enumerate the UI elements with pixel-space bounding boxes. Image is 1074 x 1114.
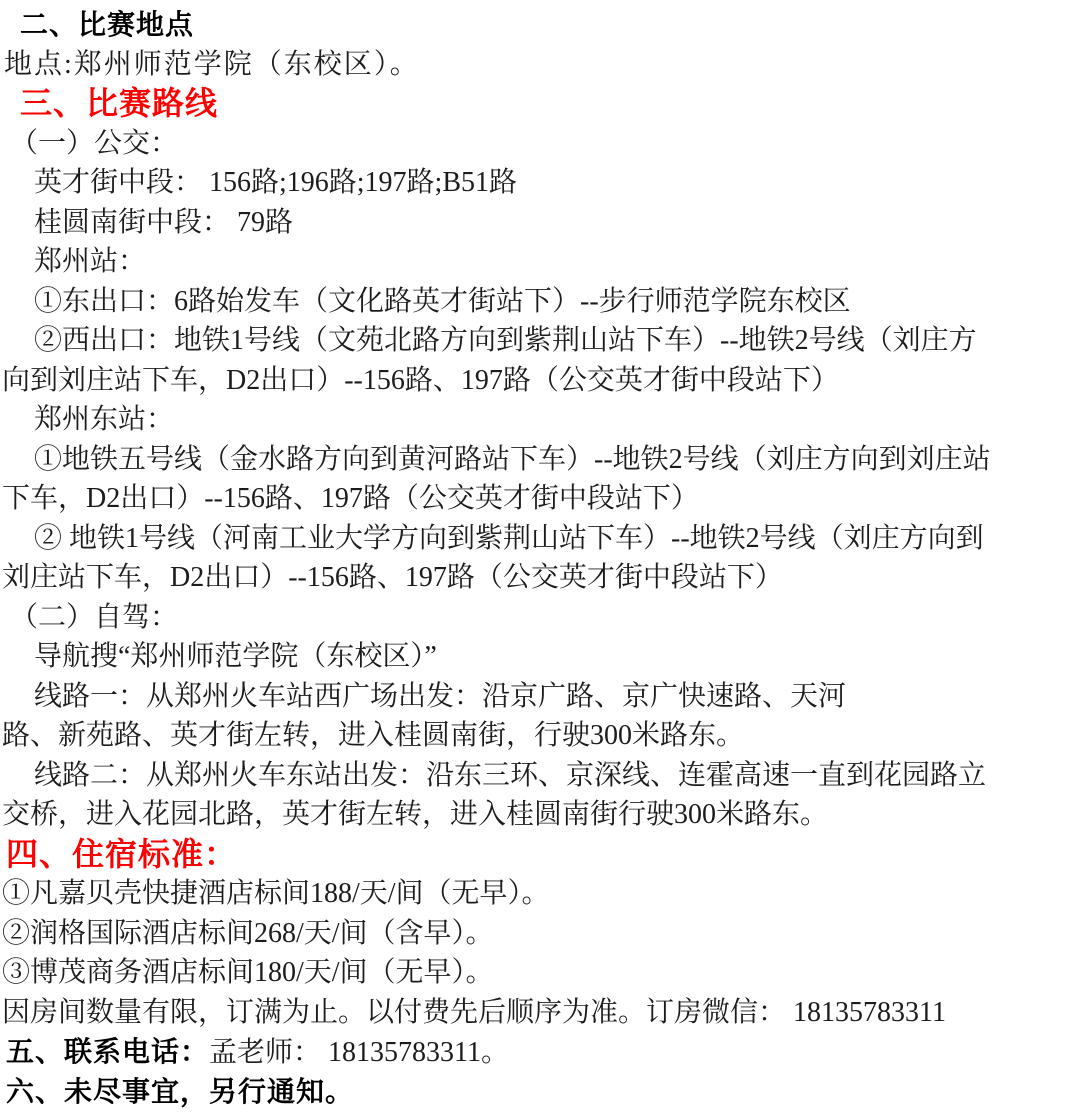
bus-line: 下车，D2出口）--156路、197路（公交英才街中段站下） [0,479,1074,519]
hotel-line: ③博茂商务酒店标间180/天/间（无早）。 [0,953,1074,993]
heading-venue: 二、比赛地点 [0,5,1074,45]
drive-line: 路、新苑路、英才街左转，进入桂圆南街，行驶300米路东。 [0,716,1074,756]
bus-line: ①地铁五号线（金水路方向到黄河路站下车）--地铁2号线（刘庄方向到刘庄站 [0,440,1074,480]
bus-line: 郑州东站： [0,400,1074,440]
bus-line: 刘庄站下车，D2出口）--156路、197路（公交英才街中段站下） [0,558,1074,598]
drive-line: 线路二：从郑州火车东站出发：沿东三环、京深线、连霍高速一直到花园路立 [0,756,1074,796]
contact-heading: 五、联系电话： [6,1036,209,1067]
booking-note: 因房间数量有限，订满为止。以付费先后顺序为准。订房微信： 18135783311 [0,993,1074,1033]
heading-route: 三、比赛路线 [0,84,1074,124]
hotel-line: ①凡嘉贝壳快捷酒店标间188/天/间（无早）。 [0,874,1074,914]
contact-line: 五、联系电话：孟老师： 18135783311。 [0,1032,1074,1072]
drive-subheading: （二）自驾： [0,598,1074,638]
heading-accommodation: 四、住宿标准： [0,835,1074,875]
bus-line: 桂圆南街中段： 79路 [0,203,1074,243]
bus-line: 向到刘庄站下车，D2出口）--156路、197路（公交英才街中段站下） [0,361,1074,401]
bus-line: ①东出口：6路始发车（文化路英才街站下）--步行师范学院东校区 [0,282,1074,322]
drive-line: 交桥，进入花园北路，英才街左转，进入桂圆南街行驶300米路东。 [0,795,1074,835]
bus-line: 英才街中段： 156路;196路;197路;B51路 [0,163,1074,203]
contact-detail: 孟老师： 18135783311。 [209,1037,509,1068]
document-page: 二、比赛地点 地点:郑州师范学院（东校区）。 三、比赛路线 （一）公交： 英才街… [0,0,1074,1114]
bus-line: ②西出口：地铁1号线（文苑北路方向到紫荆山站下车）--地铁2号线（刘庄方 [0,321,1074,361]
bus-line: ② 地铁1号线（河南工业大学方向到紫荆山站下车）--地铁2号线（刘庄方向到 [0,519,1074,559]
heading-closing: 六、未尽事宜，另行通知。 [0,1072,1074,1112]
drive-line: 导航搜“郑州师范学院（东校区）” [0,637,1074,677]
venue-location: 地点:郑州师范学院（东校区）。 [0,45,1074,85]
hotel-line: ②润格国际酒店标间268/天/间（含早）。 [0,914,1074,954]
drive-line: 线路一：从郑州火车站西广场出发：沿京广路、京广快速路、天河 [0,677,1074,717]
bus-line: 郑州站： [0,242,1074,282]
bus-subheading: （一）公交： [0,124,1074,164]
